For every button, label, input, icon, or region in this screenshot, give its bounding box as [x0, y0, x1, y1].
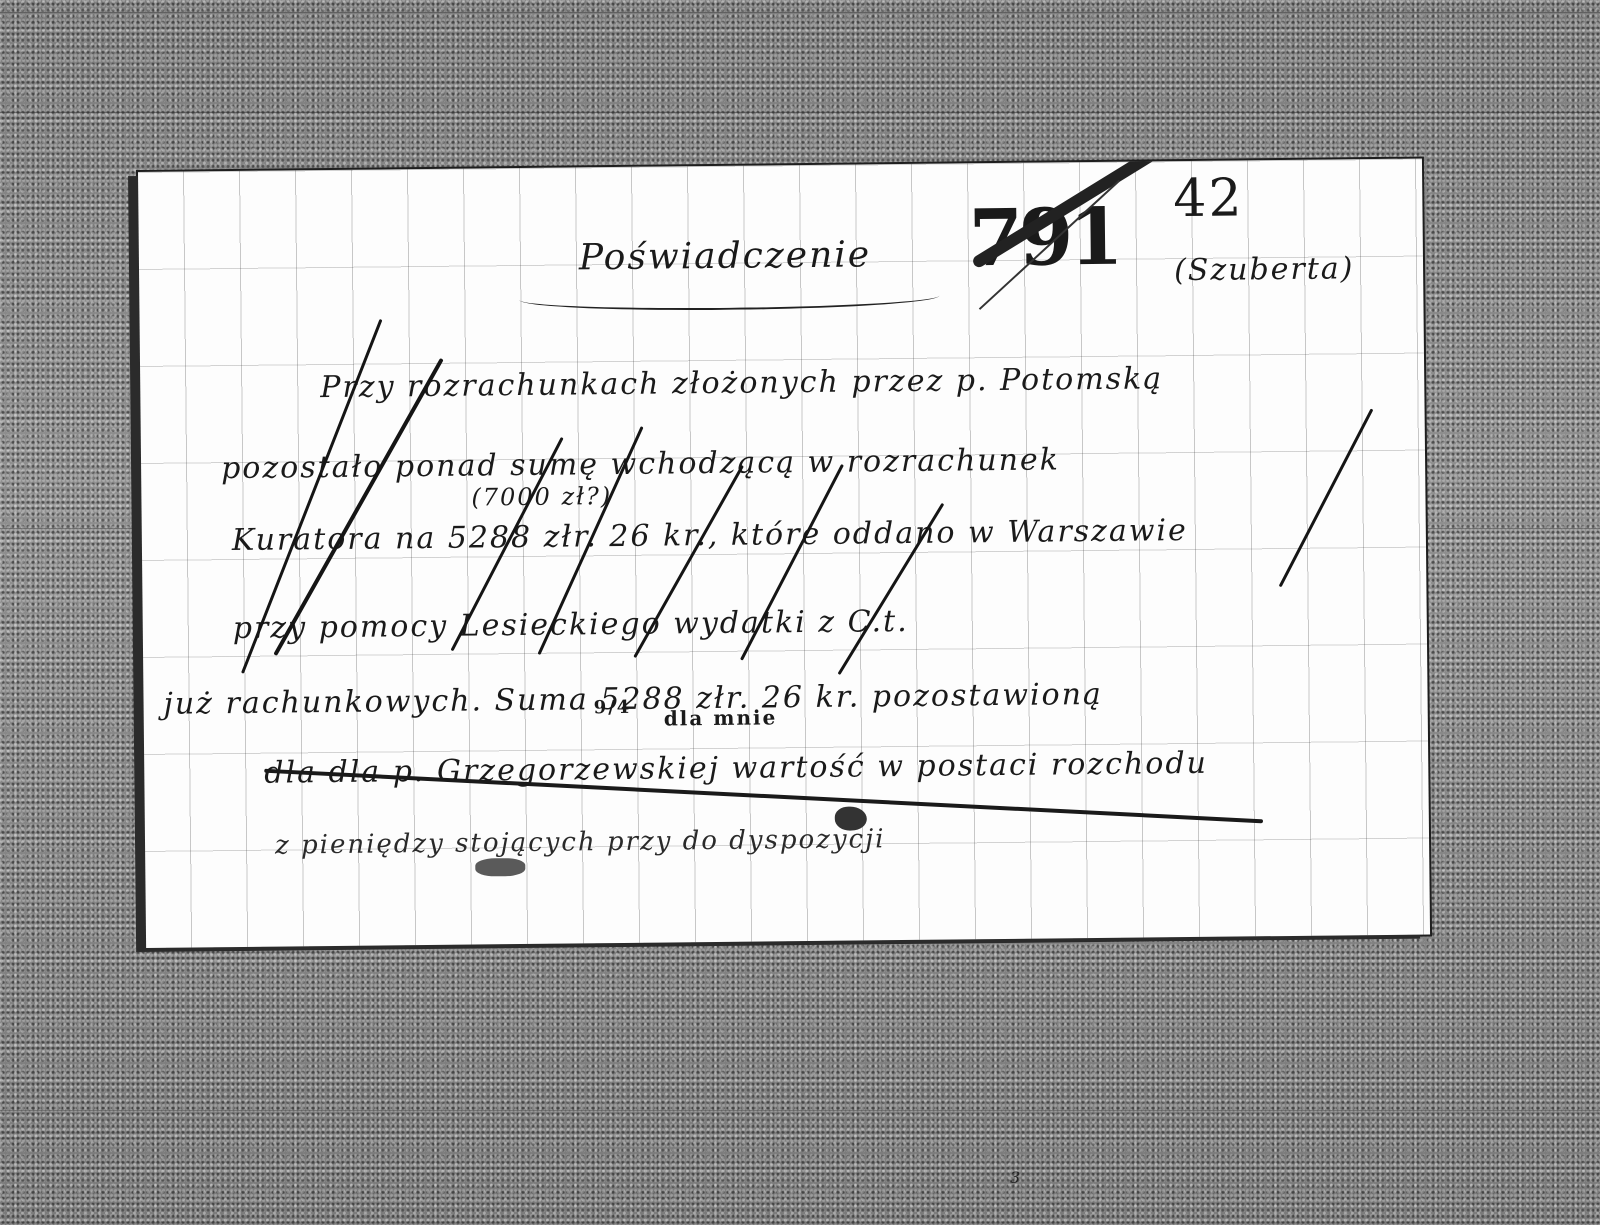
text-line-2-amount: (7000 zł?) — [471, 482, 612, 511]
card-heading: Poświadczenie — [579, 234, 872, 278]
interlinear-insert: dla mnie — [664, 705, 778, 730]
text-line-1: Przy rozrachunkach złożonych przez p. Po… — [320, 361, 1163, 405]
bottom-page-mark: 3 — [1010, 1168, 1020, 1187]
ink-blot — [835, 806, 867, 830]
fraction-mark: 9/4 — [594, 697, 632, 718]
board-scan-line — [0, 112, 1600, 113]
ink-smudge — [475, 858, 525, 877]
cancellation-slash — [1279, 408, 1374, 587]
folio-number-struck: 791 — [968, 192, 1120, 285]
archival-card: Poświadczenie 791 42 (Szuberta) Przy roz… — [138, 159, 1430, 948]
folio-number-current: 42 — [1173, 168, 1244, 229]
text-line-4: przy pomocy Lesieckiego wydatki z C.t. — [233, 604, 909, 646]
text-line-2: pozostało ponad sumę wchodzącą w rozrach… — [221, 442, 1060, 486]
text-line-6: dla dla p. Grzegorzewskiej wartość w pos… — [264, 746, 1208, 791]
board-scan-line — [0, 12, 1600, 13]
text-line-7: z pieniędzy stojących przy do dyspozycji — [275, 824, 886, 860]
text-line-5: już rachunkowych. Suma 5288 złr. 26 kr. … — [163, 677, 1103, 722]
name-annotation: (Szuberta) — [1174, 251, 1355, 288]
board-scan-line — [0, 1110, 1600, 1111]
heading-flourish — [519, 284, 939, 312]
